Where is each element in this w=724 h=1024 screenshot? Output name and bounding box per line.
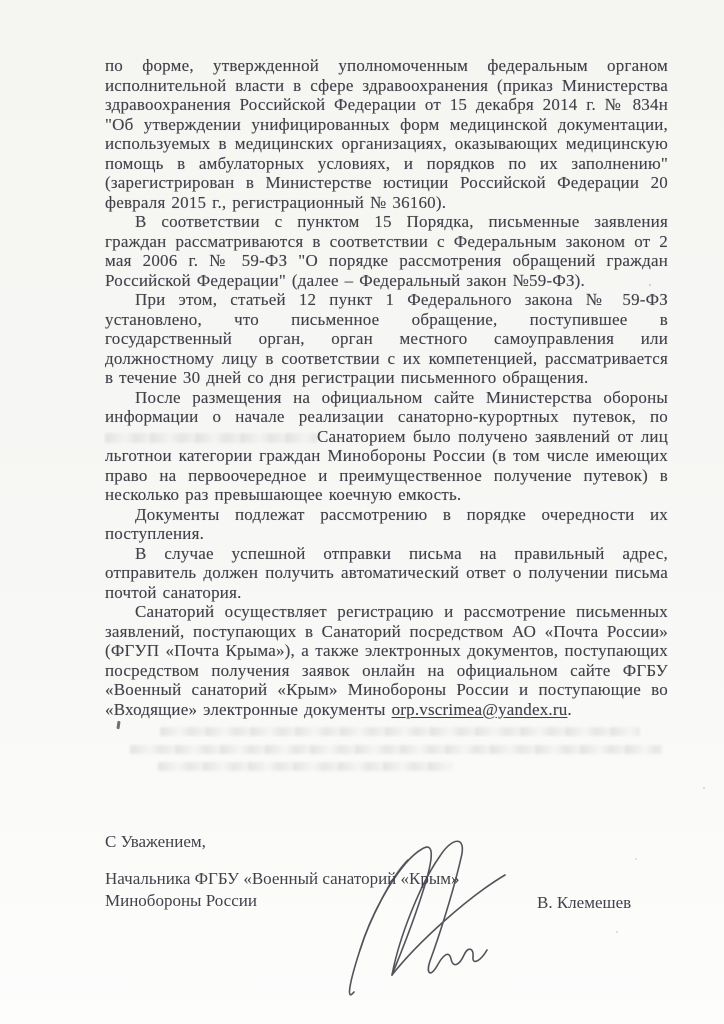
erased-text-ghost-line-1 bbox=[160, 727, 640, 736]
signer-title-line-2: Минобороны России bbox=[105, 891, 257, 911]
whited-out-text-ghost bbox=[105, 433, 317, 443]
scan-noise-speck bbox=[649, 284, 651, 286]
paragraph-point-15: В соответствии с пунктом 15 Порядка, пис… bbox=[105, 212, 668, 290]
paragraph-form-continuation: по форме, утвержденной уполномоченным фе… bbox=[105, 56, 668, 212]
redacted-line-text: Санаторием было получено заявлений от ли… bbox=[317, 427, 668, 447]
paragraph-registration-email: Санаторий осуществляет регистрацию и рас… bbox=[105, 602, 668, 719]
paragraph-text-before-email: Санаторий осуществляет регистрацию и рас… bbox=[105, 602, 668, 719]
erased-text-ghost-line-3 bbox=[158, 762, 452, 771]
erased-text-ghost-line-2 bbox=[130, 745, 662, 754]
paragraph-privileged-category: льготнои категории граждан Минобороны Ро… bbox=[105, 446, 668, 505]
stray-ink-mark bbox=[116, 721, 120, 729]
redacted-line: Санаторием было получено заявлений от ли… bbox=[105, 427, 668, 447]
paragraph-text-after-email: . bbox=[567, 700, 571, 719]
letter-body: по форме, утвержденной уполномоченным фе… bbox=[105, 56, 668, 719]
paragraph-article-12: При этом, статьей 12 пункт 1 Федеральног… bbox=[105, 290, 668, 388]
paragraph-auto-reply: В случае успешной отправки письма на пра… bbox=[105, 544, 668, 603]
salutation: С Уважением, bbox=[105, 832, 206, 852]
scanned-letter-page: по форме, утвержденной уполномоченным фе… bbox=[0, 0, 724, 1024]
paragraph-documents-order: Документы подлежат рассмотрению в порядк… bbox=[105, 505, 668, 544]
signer-title-line-1: Начальника ФГБУ «Военный санаторий «Крым… bbox=[105, 869, 460, 889]
paragraph-website-info: После размещения на официальном сайте Ми… bbox=[105, 388, 668, 427]
email-link: orp.vscrimea@yandex.ru bbox=[392, 700, 568, 719]
signer-name: В. Клемешев bbox=[537, 893, 631, 913]
